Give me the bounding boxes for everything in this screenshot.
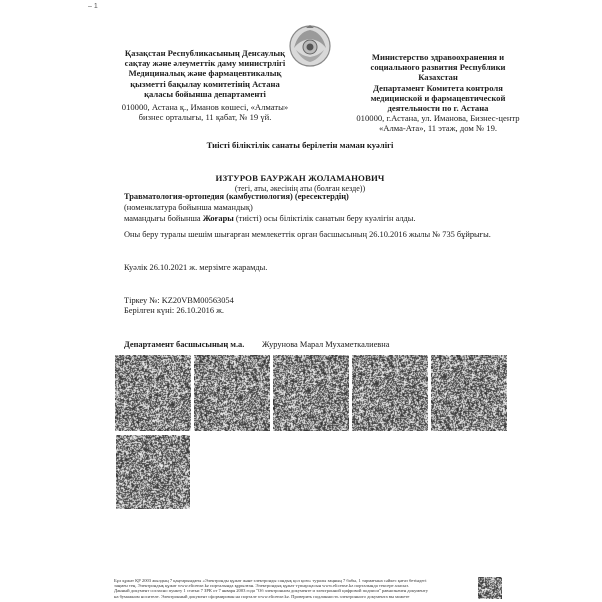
header-right-address: 010000, г.Астана, ул. Иманова, Бизнес-це… [345, 113, 531, 133]
category-grant: мамандығы бойынша Жоғары (тиісті) осы бі… [124, 214, 416, 223]
digital-signature-code [194, 355, 270, 431]
page-mark: – 1 [88, 3, 98, 10]
category-value: Жоғары [203, 214, 234, 223]
state-emblem-icon [288, 24, 332, 68]
header-left-line: қаласы бойынша департаменті [112, 89, 298, 99]
header-right-line: социального развития Республики [345, 62, 531, 72]
header-right-line: деятельности по г. Астана [345, 103, 531, 113]
holder-name: ИЗТУРОВ БАУРЖАН ЖОЛАМАНОВИЧ [100, 173, 500, 183]
header-left-address: 010000, Астана қ., Иманов көшесі, «Алмат… [112, 102, 298, 122]
digital-signature-code [116, 435, 190, 509]
header-left-line: Медициналық және фармацевтикалық [112, 68, 298, 78]
signature-name: Журунова Марал Мухаметкалиевна [262, 340, 389, 349]
footer-line: Данный документ согласно пункту 1 статьи… [114, 588, 459, 593]
digital-signature-code [431, 355, 507, 431]
header-right-russian: Министерство здравоохранения и социально… [345, 52, 531, 134]
verification-qr-code[interactable] [478, 577, 502, 599]
signature-position: Департамент басшысының м.а. [124, 340, 244, 349]
issue-date: Берілген күні: 26.10.2016 ж. [124, 306, 224, 315]
header-right-line: медицинской и фармацевтической [345, 93, 531, 103]
signature-codes-row-2 [116, 435, 190, 509]
header-right-line: Министерство здравоохранения и [345, 52, 531, 62]
decision-text: Оны беру туралы шешім шығарған мемлекетт… [124, 230, 491, 239]
address-line: «Алма-Ата», 11 этаж, дом № 19. [345, 123, 531, 133]
document-title: Тиісті біліктілік санаты берілетін маман… [100, 140, 500, 150]
digital-signature-code [273, 355, 349, 431]
registration-number: Тіркеу №: KZ20VBM00563054 [124, 296, 234, 305]
header-right-line: Казахстан [345, 72, 531, 82]
specialty-hint: (номенклатура бойынша мамандық) [124, 203, 253, 212]
header-left-line: қызметті бақылау комитетінің Астана [112, 79, 298, 89]
legal-footer: Бұл құжат ҚР 2003 жылдың 7 қаңтарындағы … [114, 578, 459, 599]
grant-prefix: мамандығы бойынша [124, 214, 203, 223]
address-line: бизнес орталығы, 11 қабат, № 19 үй. [112, 112, 298, 122]
header-right-line: Департамент Комитета контроля [345, 83, 531, 93]
address-line: 010000, Астана қ., Иманов көшесі, «Алмат… [112, 102, 298, 112]
digital-signature-code [115, 355, 191, 431]
footer-line: на бумажном носителе. Электронный докуме… [114, 594, 459, 599]
grant-suffix: (тиісті) осы біліктілік санатын беру куә… [234, 214, 416, 223]
header-left-line: Қазақстан Республикасының Денсаулық [112, 48, 298, 58]
digital-signature-code [352, 355, 428, 431]
header-left-line: сақтау және әлеуметтік даму министрлігі [112, 58, 298, 68]
validity-text: Куәлік 26.10.2021 ж. мерзімге жарамды. [124, 263, 267, 272]
specialty-value: Травматология-ортопедия (камбустиология)… [124, 192, 349, 201]
header-left-kazakh: Қазақстан Республикасының Денсаулық сақт… [112, 48, 298, 122]
address-line: 010000, г.Астана, ул. Иманова, Бизнес-це… [345, 113, 531, 123]
signature-codes-row-1 [115, 355, 507, 431]
